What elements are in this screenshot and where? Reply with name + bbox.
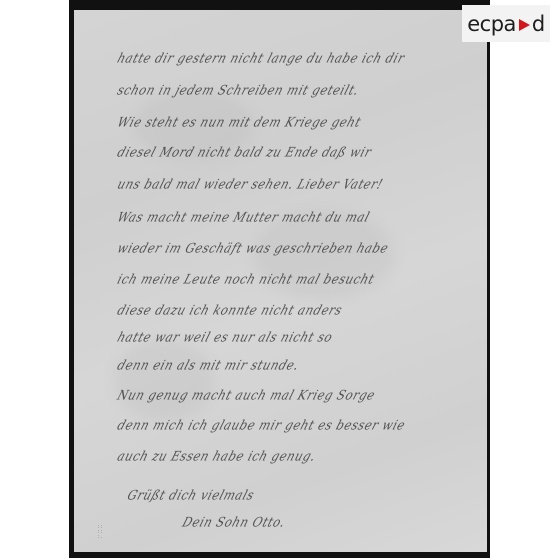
letter-line: denn mich ich glaube mir geht es besser … xyxy=(115,417,407,433)
watermark-suffix: d xyxy=(532,12,545,36)
letter-line: wieder im Geschäft was geschrieben habe xyxy=(115,240,390,256)
play-triangle-icon xyxy=(519,19,530,31)
paper-stain xyxy=(114,340,214,420)
watermark-prefix: ecpa xyxy=(467,12,516,36)
signature: Dein Sohn Otto. xyxy=(180,514,287,530)
letter-line: ich meine Leute noch nicht mal besucht xyxy=(115,271,376,287)
letter-line: Wie steht es nun mit dem Kriege geht xyxy=(115,114,363,130)
letter-line: Grüßt dich vielmals xyxy=(125,487,256,503)
letter-line: schon in jedem Schreiben mit geteilt. xyxy=(115,82,361,98)
letter-line: diese dazu ich konnte nicht anders xyxy=(115,302,344,318)
letter-line: hatte war weil es nur als nicht so xyxy=(115,329,335,345)
margin-marks: :: :: :. xyxy=(97,525,103,540)
letter-line: auch zu Essen habe ich genug. xyxy=(115,448,318,464)
letter-line: uns bald mal wieder sehen. Lieber Vater! xyxy=(115,176,385,192)
margin-mark: :. xyxy=(97,535,103,540)
letter-line: denn ein als mit mir stunde. xyxy=(115,357,301,373)
letter-line: Nun genug macht auch mal Krieg Sorge xyxy=(115,387,377,403)
letter-line: hatte dir gestern nicht lange du habe ic… xyxy=(115,50,407,66)
letter-line: Was macht meine Mutter macht du mal xyxy=(115,209,372,225)
letter-line: diesel Mord nicht bald zu Ende daß wir xyxy=(115,144,374,160)
ecpad-watermark: ecpa d xyxy=(462,5,550,42)
